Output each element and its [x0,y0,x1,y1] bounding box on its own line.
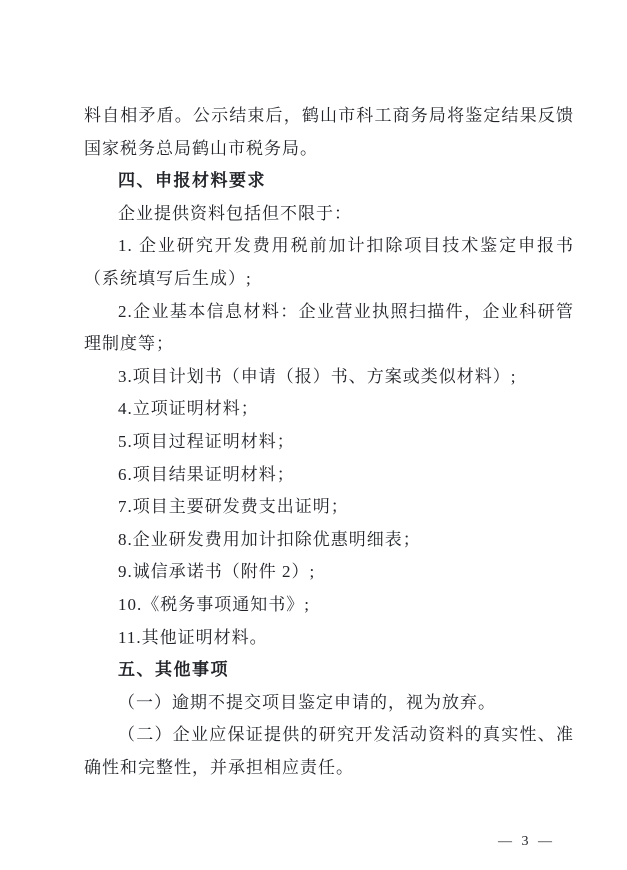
section-heading-5: 五、其他事项 [84,654,574,687]
page-number: — 3 — [498,834,555,850]
list-item: 5.项目过程证明材料； [84,426,574,459]
document-body: 料自相矛盾。公示结束后，鹤山市科工商务局将鉴定结果反馈国家税务总局鹤山市税务局。… [84,100,574,784]
list-item: 6.项目结果证明材料； [84,459,574,492]
list-item: 3.项目计划书（申请（报）书、方案或类似材料）; [84,361,574,394]
list-item: 7.项目主要研发费支出证明； [84,491,574,524]
list-item: （一）逾期不提交项目鉴定申请的，视为放弃。 [84,687,574,720]
list-item: 2.企业基本信息材料：企业营业执照扫描件，企业科研管理制度等； [84,296,574,361]
list-item: 11.其他证明材料。 [84,622,574,655]
document-page: 料自相矛盾。公示结束后，鹤山市科工商务局将鉴定结果反馈国家税务总局鹤山市税务局。… [0,0,627,870]
list-item: 9.诚信承诺书（附件 2）; [84,556,574,589]
section4-lead: 企业提供资料包括但不限于： [84,198,574,231]
list-item: 8.企业研发费用加计扣除优惠明细表； [84,524,574,557]
intro-paragraph: 料自相矛盾。公示结束后，鹤山市科工商务局将鉴定结果反馈国家税务总局鹤山市税务局。 [84,100,574,165]
list-item: 4.立项证明材料； [84,393,574,426]
list-item: （二）企业应保证提供的研究开发活动资料的真实性、准确性和完整性，并承担相应责任。 [84,719,574,784]
section-heading-4: 四、申报材料要求 [84,165,574,198]
list-item: 1. 企业研究开发费用税前加计扣除项目技术鉴定申报书（系统填写后生成）; [84,230,574,295]
list-item: 10.《税务事项通知书》; [84,589,574,622]
